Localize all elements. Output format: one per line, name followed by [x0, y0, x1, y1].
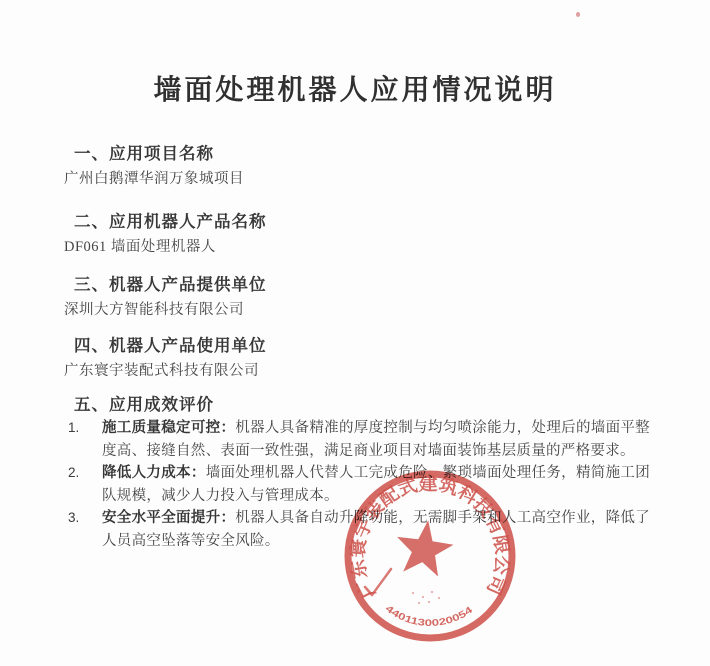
item-number: 2. — [68, 462, 102, 485]
section-heading: 五、应用成效评价 — [64, 395, 650, 415]
section-user-unit: 四、机器人产品使用单位 广东寰宇装配式科技有限公司 — [64, 336, 650, 380]
item-text: 施工质量稳定可控：机器人具备精准的厚度控制与均匀喷涂能力，处理后的墙面平整度高、… — [102, 417, 650, 462]
section-body: 深圳大方智能科技有限公司 — [64, 301, 650, 319]
section-project-name: 一、应用项目名称 广州白鹅潭华润万象城项目 — [64, 144, 650, 188]
item-lead: 施工质量稳定可控： — [102, 420, 235, 436]
section-provider-unit: 三、机器人产品提供单位 深圳大方智能科技有限公司 — [64, 275, 650, 319]
section-heading: 四、机器人产品使用单位 — [64, 336, 650, 356]
section-body: DF061 墙面处理机器人 — [64, 238, 650, 256]
document-title: 墙面处理机器人应用情况说明 — [0, 68, 710, 108]
evaluation-item: 1. 施工质量稳定可控：机器人具备精准的厚度控制与均匀喷涂能力，处理后的墙面平整… — [68, 417, 650, 462]
section-heading: 一、应用项目名称 — [64, 144, 650, 164]
item-number: 1. — [68, 417, 102, 440]
section-heading: 三、机器人产品提供单位 — [64, 275, 650, 295]
star-icon — [392, 516, 456, 578]
item-lead: 安全水平全面提升： — [102, 510, 235, 526]
item-number: 3. — [68, 507, 102, 530]
section-body: 广东寰宇装配式科技有限公司 — [64, 362, 650, 380]
section-body: 广州白鹅潭华润万象城项目 — [64, 170, 650, 188]
seal-speckles — [412, 591, 440, 604]
section-robot-product-name: 二、应用机器人产品名称 DF061 墙面处理机器人 — [64, 212, 650, 256]
scanned-document-page: 墙面处理机器人应用情况说明 一、应用项目名称 广州白鹅潭华润万象城项目 二、应用… — [0, 0, 710, 666]
section-evaluation: 五、应用成效评价 — [64, 395, 650, 415]
scan-ink-speck — [576, 12, 580, 17]
item-lead: 降低人力成本： — [102, 465, 206, 481]
seal-number-text: 4401130020054 — [383, 603, 476, 629]
section-heading: 二、应用机器人产品名称 — [64, 212, 650, 232]
company-seal: 广东寰宇装配式建筑科技有限公司 4401130020054 — [335, 465, 525, 655]
